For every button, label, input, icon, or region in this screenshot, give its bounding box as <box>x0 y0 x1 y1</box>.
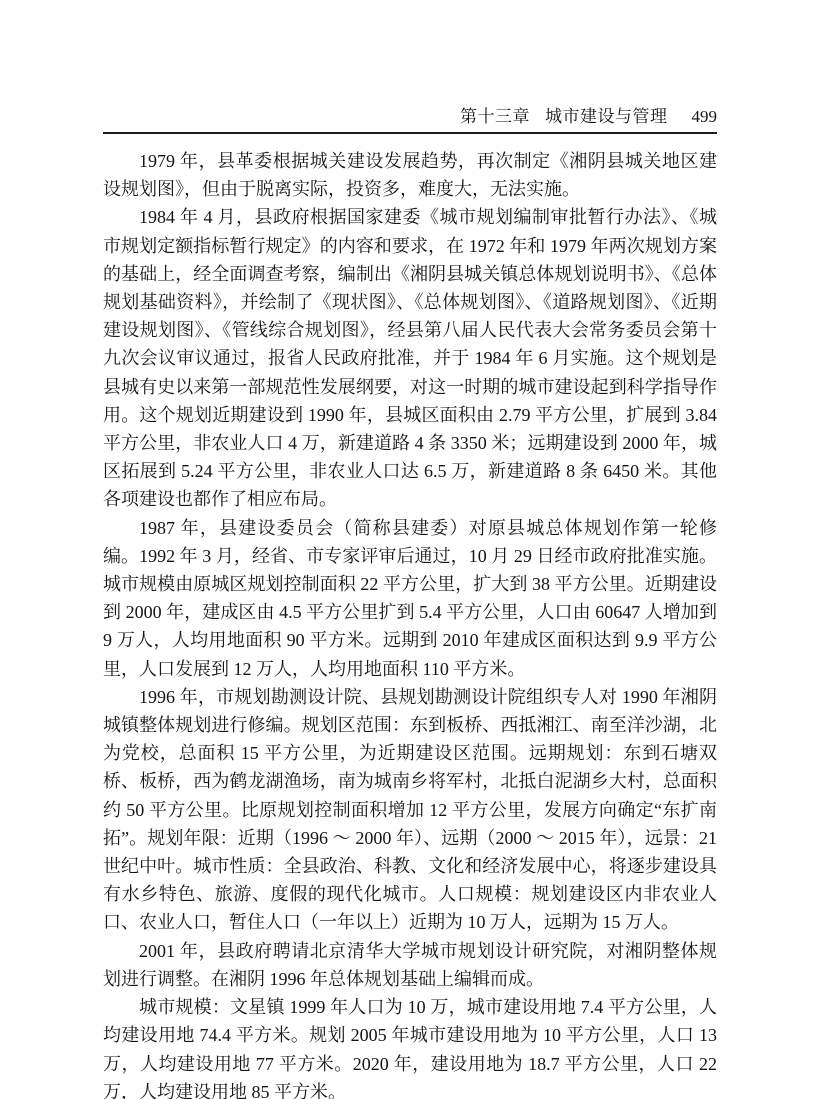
chapter-label: 第十三章 <box>460 102 530 127</box>
chapter-title: 城市建设与管理 <box>545 102 668 127</box>
paragraph-1987-revision: 1987 年，县建设委员会（简称县建委）对原县城总体规划作第一轮修编。1992 … <box>103 514 717 683</box>
paragraph-1984-plan: 1984 年 4 月，县政府根据国家建委《城市规划编制审批暂行办法》、《城市规划… <box>103 203 717 513</box>
paragraph-1979-plan: 1979 年，县革委根据城关建设发展趋势，再次制定《湘阴县城关地区建设规划图》，… <box>103 147 717 203</box>
paragraph-city-scale: 城市规模：文星镇 1999 年人口为 10 万，城市建设用地 7.4 平方公里，… <box>103 993 717 1099</box>
book-page: 第十三章 城市建设与管理 499 1979 年，县革委根据城关建设发展趋势，再次… <box>0 0 816 1099</box>
paragraph-2001-adjustment: 2001 年，县政府聘请北京清华大学城市规划设计研究院，对湘阴整体规划进行调整。… <box>103 937 717 993</box>
page-body: 1979 年，县革委根据城关建设发展趋势，再次制定《湘阴县城关地区建设规划图》，… <box>103 147 717 1099</box>
page-number: 499 <box>692 107 718 127</box>
running-header: 第十三章 城市建设与管理 499 <box>103 0 717 134</box>
paragraph-1996-revision: 1996 年，市规划勘测设计院、县规划勘测设计院组织专人对 1990 年湘阴城镇… <box>103 683 717 937</box>
